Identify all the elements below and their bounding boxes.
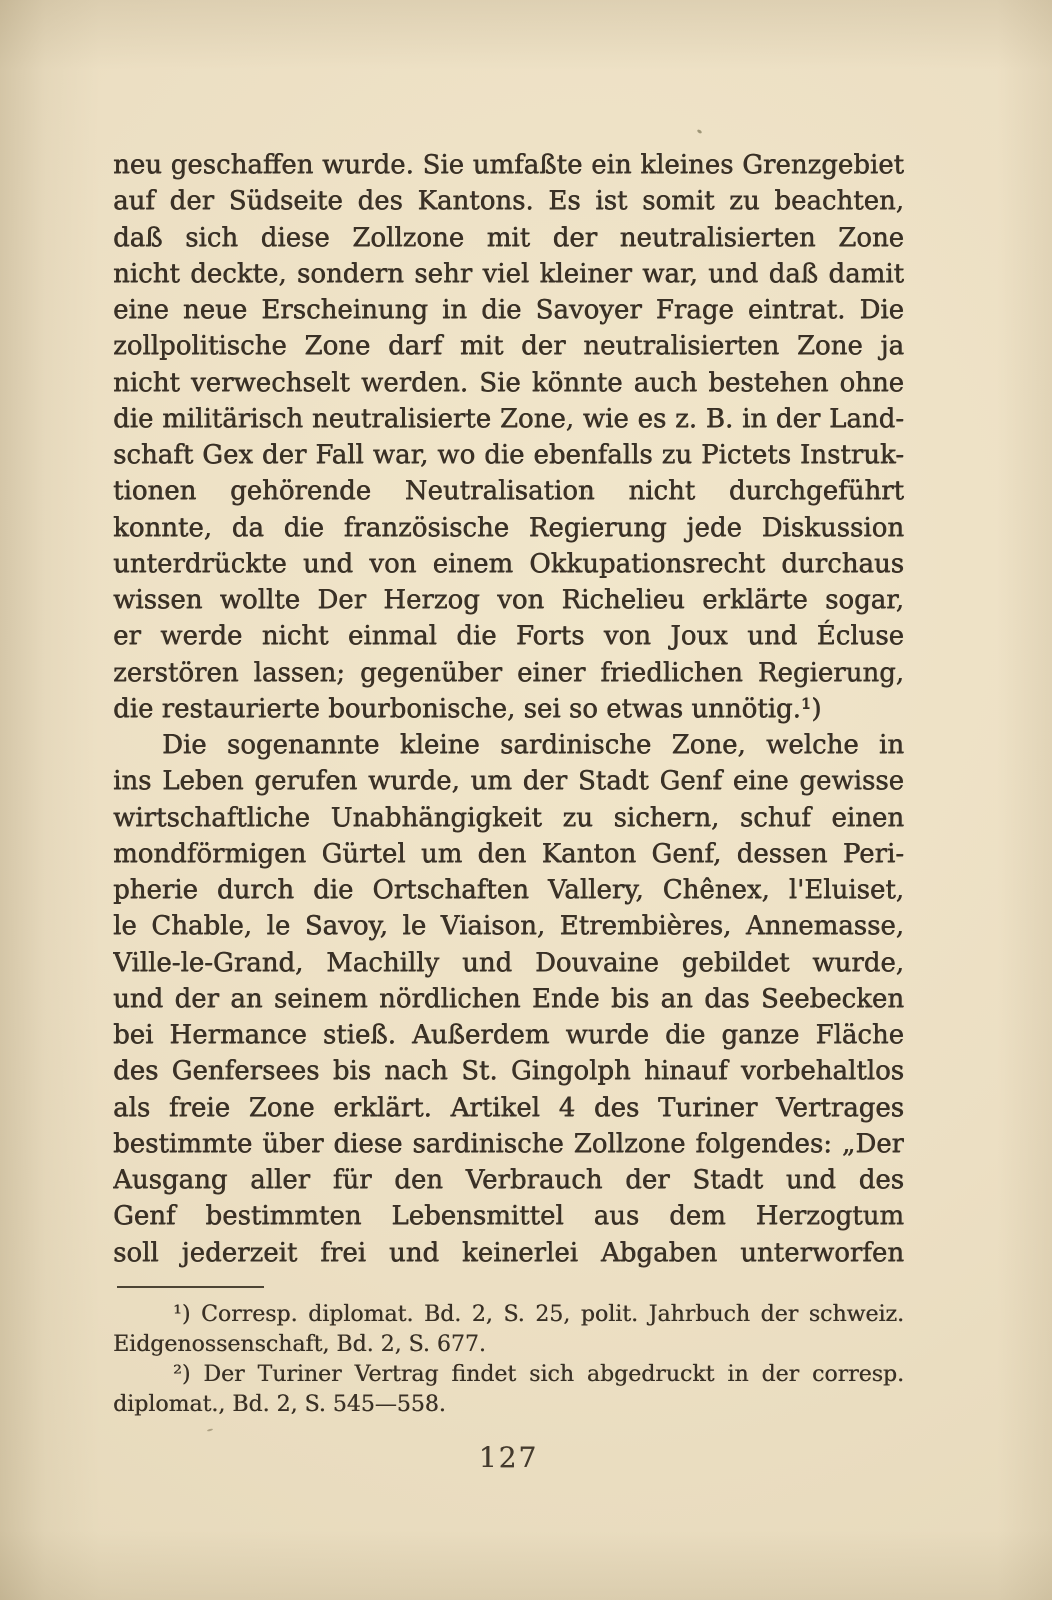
text-line: wirtschaftliche Unabhängigkeit zu sicher…	[113, 800, 904, 836]
paper-speck	[207, 1428, 213, 1431]
page-number: 127	[113, 1441, 904, 1474]
text-line: auf der Südseite des Kantons. Es ist som…	[113, 183, 904, 219]
footnotes: ¹) Corresp. diplomat. Bd. 2, S. 25, poli…	[113, 1300, 904, 1420]
text-line: tionen gehörende Neutralisation nicht du…	[113, 473, 904, 509]
text-line: bestimmte über diese sardinische Zollzon…	[113, 1126, 904, 1162]
text-line: soll jederzeit frei und keinerlei Abgabe…	[113, 1235, 904, 1271]
text-line: mondförmigen Gürtel um den Kanton Genf, …	[113, 836, 904, 872]
text-line: unterdrückte und von einem Okkupationsre…	[113, 546, 904, 582]
text-line: ins Leben gerufen wurde, um der Stadt Ge…	[113, 763, 904, 799]
text-line: bei Hermance stieß. Außerdem wurde die g…	[113, 1017, 904, 1053]
text-line: wissen wollte Der Herzog von Richelieu e…	[113, 582, 904, 618]
text-line: die militärisch neutralisierte Zone, wie…	[113, 401, 904, 437]
text-line: Die sogenannte kleine sardinische Zone, …	[113, 727, 904, 763]
paper-speck	[697, 129, 703, 134]
text-line: Ville-le-Grand, Machilly und Douvaine ge…	[113, 945, 904, 981]
text-line: er werde nicht einmal die Forts von Joux…	[113, 618, 904, 654]
text-line: konnte, da die französische Regierung je…	[113, 510, 904, 546]
footnote-line: ¹) Corresp. diplomat. Bd. 2, S. 25, poli…	[113, 1300, 904, 1330]
text-line: daß sich diese Zollzone mit der neutrali…	[113, 220, 904, 256]
text-line: Genf bestimmten Lebensmittel aus dem Her…	[113, 1198, 904, 1234]
footnote-line: Eidgenossenschaft, Bd. 2, S. 677.	[113, 1330, 904, 1360]
text-line: nicht deckte, sondern sehr viel kleiner …	[113, 256, 904, 292]
footnote-separator-rule	[117, 1286, 264, 1288]
text-line: die restaurierte bourbonische, sei so et…	[113, 691, 904, 727]
text-line: zerstören lassen; gegenüber einer friedl…	[113, 655, 904, 691]
body-text: neu geschaffen wurde. Sie umfaßte ein kl…	[113, 147, 904, 1271]
text-line: Ausgang aller für den Verbrauch der Stad…	[113, 1162, 904, 1198]
text-line: le Chable, le Savoy, le Viaison, Etrembi…	[113, 908, 904, 944]
text-line: neu geschaffen wurde. Sie umfaßte ein kl…	[113, 147, 904, 183]
text-line: schaft Gex der Fall war, wo die ebenfall…	[113, 437, 904, 473]
text-line: nicht verwechselt werden. Sie könnte auc…	[113, 365, 904, 401]
text-line: und der an seinem nördlichen Ende bis an…	[113, 981, 904, 1017]
text-line: als freie Zone erklärt. Artikel 4 des Tu…	[113, 1090, 904, 1126]
text-line: eine neue Erscheinung in die Savoyer Fra…	[113, 292, 904, 328]
footnote-line: diplomat., Bd. 2, S. 545—558.	[113, 1390, 904, 1420]
footnote-line: ²) Der Turiner Vertrag findet sich abged…	[113, 1360, 904, 1390]
paragraph-2: Die sogenannte kleine sardinische Zone, …	[113, 727, 904, 1271]
text-line: pherie durch die Ortschaften Vallery, Ch…	[113, 872, 904, 908]
paragraph-1: neu geschaffen wurde. Sie umfaßte ein kl…	[113, 147, 904, 727]
text-line: des Genfersees bis nach St. Gingolph hin…	[113, 1053, 904, 1089]
book-page-scan: neu geschaffen wurde. Sie umfaßte ein kl…	[0, 0, 1052, 1600]
text-line: zollpolitische Zone darf mit der neutral…	[113, 328, 904, 364]
